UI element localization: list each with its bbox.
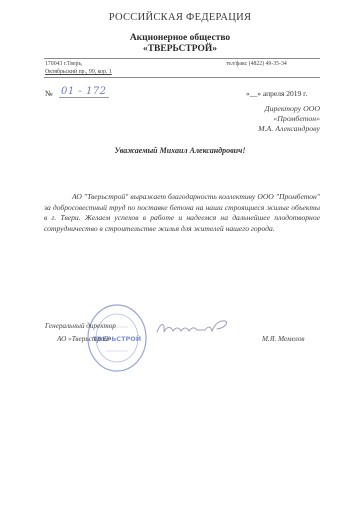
signatory-name: М.Я. Мемелов	[262, 335, 305, 343]
organization-name: «ТВЕРЬСТРОЙ»	[0, 44, 360, 54]
signatory-title: Генеральный директор	[45, 322, 116, 330]
recipient-company: «Промбетон»	[273, 114, 320, 123]
reference-number: 01 - 172	[59, 86, 109, 98]
recipient-position: Директору ООО	[265, 104, 320, 113]
handwritten-signature-icon	[155, 318, 235, 338]
recipient-name: М.А. Александрову	[258, 124, 320, 133]
signatory-company: АО «Тверьстрой»	[57, 335, 111, 343]
organization-type: Акционерное общество	[0, 33, 360, 43]
address-line-2: Октябрьский пр., 99, кор. 1	[45, 69, 112, 75]
greeting: Уважаемый Михаил Александрович!	[0, 146, 360, 155]
phone-fax: тел/факс (4822) 49-35-34	[226, 61, 287, 67]
address-line-1: 170043 г.Тверь,	[45, 61, 83, 67]
letter-date: «__» апреля 2019 г.	[246, 89, 307, 98]
letter-body: АО "Тверьстрой" выражает благодарность к…	[44, 192, 320, 234]
country-heading: РОССИЙСКАЯ ФЕДЕРАЦИЯ	[0, 12, 360, 23]
letterhead-bottom-rule	[44, 77, 320, 78]
letterhead-top-rule	[44, 58, 320, 59]
reference-number-label: №	[45, 89, 53, 98]
